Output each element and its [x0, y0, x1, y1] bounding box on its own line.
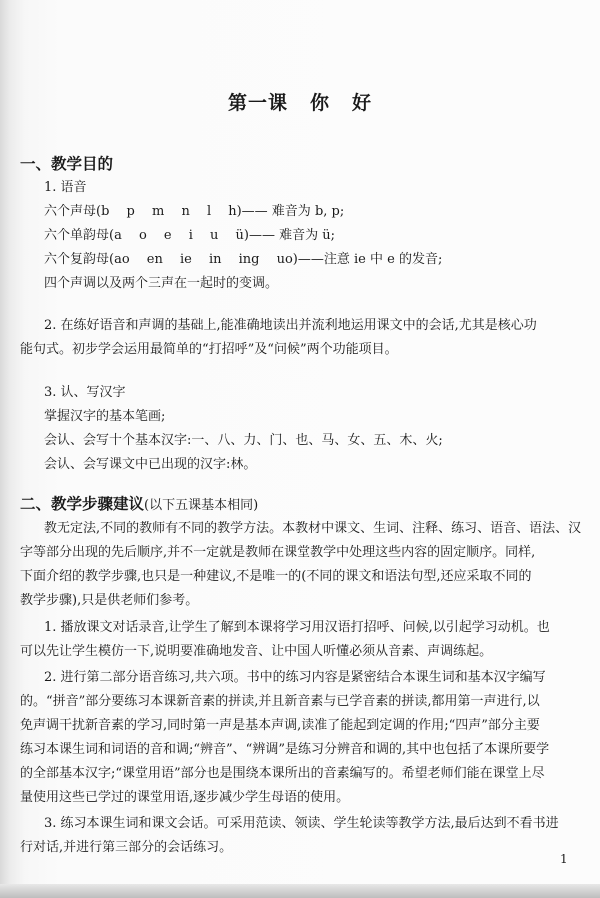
section-heading-teaching-goals: 一、教学目的 [20, 152, 113, 174]
text-line: 量使用这些已学过的课堂用语,逐步减少学生母语的使用。 [20, 790, 349, 806]
textbook-page: 第一课你好 一、教学目的 1. 语音 六个声母(b p m n l h)—— 难… [0, 0, 600, 898]
lesson-title-word-1: 你 [310, 92, 330, 114]
text-line: 六个复韵母(ao en ie in ing uo)——注意 ie 中 e 的发音… [44, 252, 442, 268]
text-line: 掌握汉字的基本笔画; [44, 409, 165, 425]
text-line: 的。“拼音”部分要练习本课新音素的拼读,并且新音素与已学音素的拼读,都用第一声进… [20, 694, 540, 710]
text-line: 四个声调以及两个三声在一起时的变调。 [44, 276, 278, 292]
text-line: 会认、会写十个基本汉字:一、八、力、门、也、马、女、五、木、火; [44, 433, 443, 449]
text-line: 免声调干扰新音素的学习,同时第一声是基本声调,读准了能起到定调的作用;“四声”部… [20, 718, 540, 734]
lesson-title: 第一课你好 [0, 88, 600, 115]
text-line: 会认、会写课文中已出现的汉字:林。 [44, 457, 256, 473]
text-line: 字等部分出现的先后顺序,并不一定就是教师在课堂教学中处理这些内容的固定顺序。同样… [20, 545, 535, 561]
text-line: 2. 进行第二部分语音练习,共六项。书中的练习内容是紧密结合本课生词和基本汉字编… [44, 670, 546, 686]
text-line: 六个单韵母(a o e i u ü)—— 难音为 ü; [44, 228, 335, 244]
section-heading-text: 二、教学步骤建议 [20, 495, 144, 513]
text-line: 2. 在练好语音和声调的基础上,能准确地读出并流利地运用课文中的会话,尤其是核心… [44, 318, 537, 334]
text-line: 教学步骤),只是供老师们参考。 [20, 593, 198, 609]
text-line: 可以先让学生模仿一下,说明要准确地发音、让中国人听懂必须从音素、声调练起。 [20, 644, 492, 660]
text-line: 练习本课生词和词语的音和调;“辨音”、“辨调”是练习分辨音和调的,其中也包括了本… [20, 742, 549, 758]
text-line: 下面介绍的教学步骤,也只是一种建议,不是唯一的(不同的课文和语法句型,还应采取不… [20, 569, 531, 585]
lesson-title-word-2: 好 [352, 92, 372, 114]
subheading-phonetics: 1. 语音 [44, 180, 87, 196]
section-heading-note: (以下五课基本相同) [144, 498, 258, 513]
text-line: 行对话,并进行第三部分的会话练习。 [20, 840, 232, 856]
subheading-characters: 3. 认、写汉字 [44, 385, 126, 401]
text-line: 能句式。初步学会运用最简单的“打招呼”及“问候”两个功能项目。 [20, 342, 398, 358]
page-edge-shadow [0, 884, 600, 898]
text-line: 六个声母(b p m n l h)—— 难音为 b, p; [44, 204, 344, 220]
page-number: 1 [560, 852, 568, 866]
section-heading-teaching-steps: 二、教学步骤建议(以下五课基本相同) [20, 492, 258, 514]
text-line: 的全部基本汉字;“课堂用语”部分也是围绕本课所出的音素编写的。希望老师们能在课堂… [20, 766, 545, 782]
text-line: 3. 练习本课生词和课文会话。可采用范读、领读、学生轮读等教学方法,最后达到不看… [44, 816, 559, 832]
text-line: 教无定法,不同的教师有不同的教学方法。本教材中课文、生词、注释、练习、语音、语法… [44, 521, 581, 537]
text-line: 1. 播放课文对话录音,让学生了解到本课将学习用汉语打招呼、问候,以引起学习动机… [44, 620, 550, 636]
lesson-number: 第一课 [228, 92, 288, 114]
